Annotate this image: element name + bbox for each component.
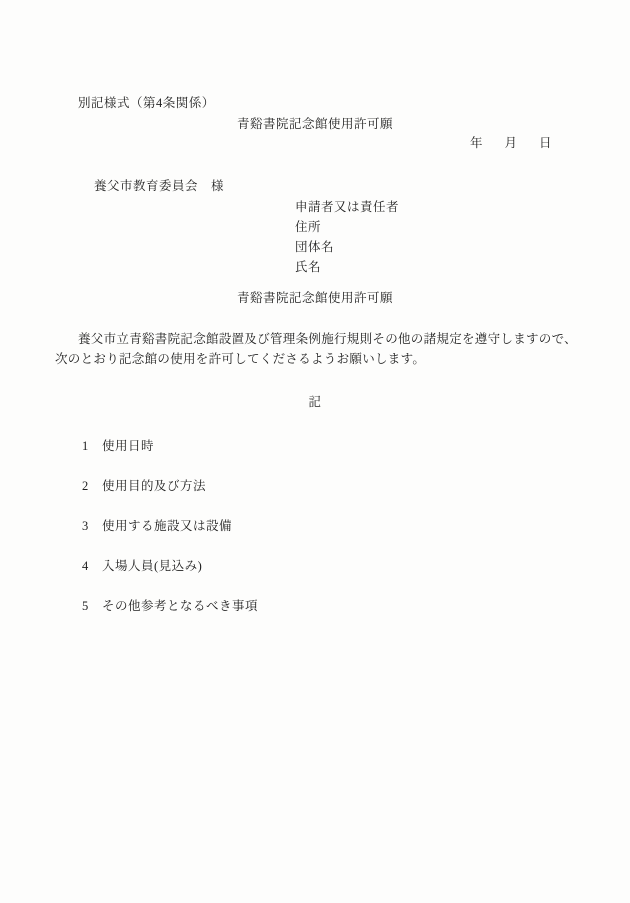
address-label: 住所 [295, 217, 399, 237]
item-number: 4 [82, 559, 102, 574]
list-item-use-datetime: 1使用日時 [82, 436, 154, 454]
addressee-line: 養父市教育委員会 様 [94, 176, 224, 194]
item-label: 使用目的及び方法 [102, 479, 206, 493]
body-paragraph-line-2: 次のとおり記念館の使用を許可してくださるようお願いします。 [55, 349, 425, 367]
date-year-label: 年 [470, 133, 483, 151]
list-item-purpose-method: 2使用目的及び方法 [82, 476, 206, 494]
item-label: 入場人員(見込み) [102, 559, 202, 573]
date-day-label: 日 [539, 133, 552, 151]
document-title: 青谿書院記念館使用許可願 [0, 114, 630, 132]
organization-name-label: 団体名 [295, 237, 399, 257]
item-number: 3 [82, 519, 102, 534]
list-item-facility-equipment: 3使用する施設又は設備 [82, 516, 232, 534]
date-line: 年 月 日 [470, 133, 552, 151]
item-number: 5 [82, 599, 102, 614]
person-name-label: 氏名 [295, 257, 399, 277]
ki-section-heading: 記 [0, 392, 630, 410]
applicant-header-label: 申請者又は責任者 [295, 197, 399, 217]
item-label: 使用日時 [102, 439, 154, 453]
body-paragraph-line-1: 養父市立青谿書院記念館設置及び管理条例施行規則その他の諸規定を遵守しますので、 [78, 329, 577, 347]
item-number: 2 [82, 479, 102, 494]
list-item-attendance: 4入場人員(見込み) [82, 556, 202, 574]
document-subtitle: 青谿書院記念館使用許可願 [0, 288, 630, 306]
item-number: 1 [82, 439, 102, 454]
item-label: 使用する施設又は設備 [102, 519, 232, 533]
item-label: その他参考となるべき事項 [102, 599, 258, 613]
applicant-block: 申請者又は責任者 住所 団体名 氏名 [295, 197, 399, 277]
document-page: 別記様式（第4条関係） 青谿書院記念館使用許可願 年 月 日 養父市教育委員会 … [0, 0, 630, 903]
form-style-note: 別記様式（第4条関係） [78, 93, 215, 111]
list-item-other-reference: 5その他参考となるべき事項 [82, 596, 258, 614]
date-month-label: 月 [505, 133, 518, 151]
